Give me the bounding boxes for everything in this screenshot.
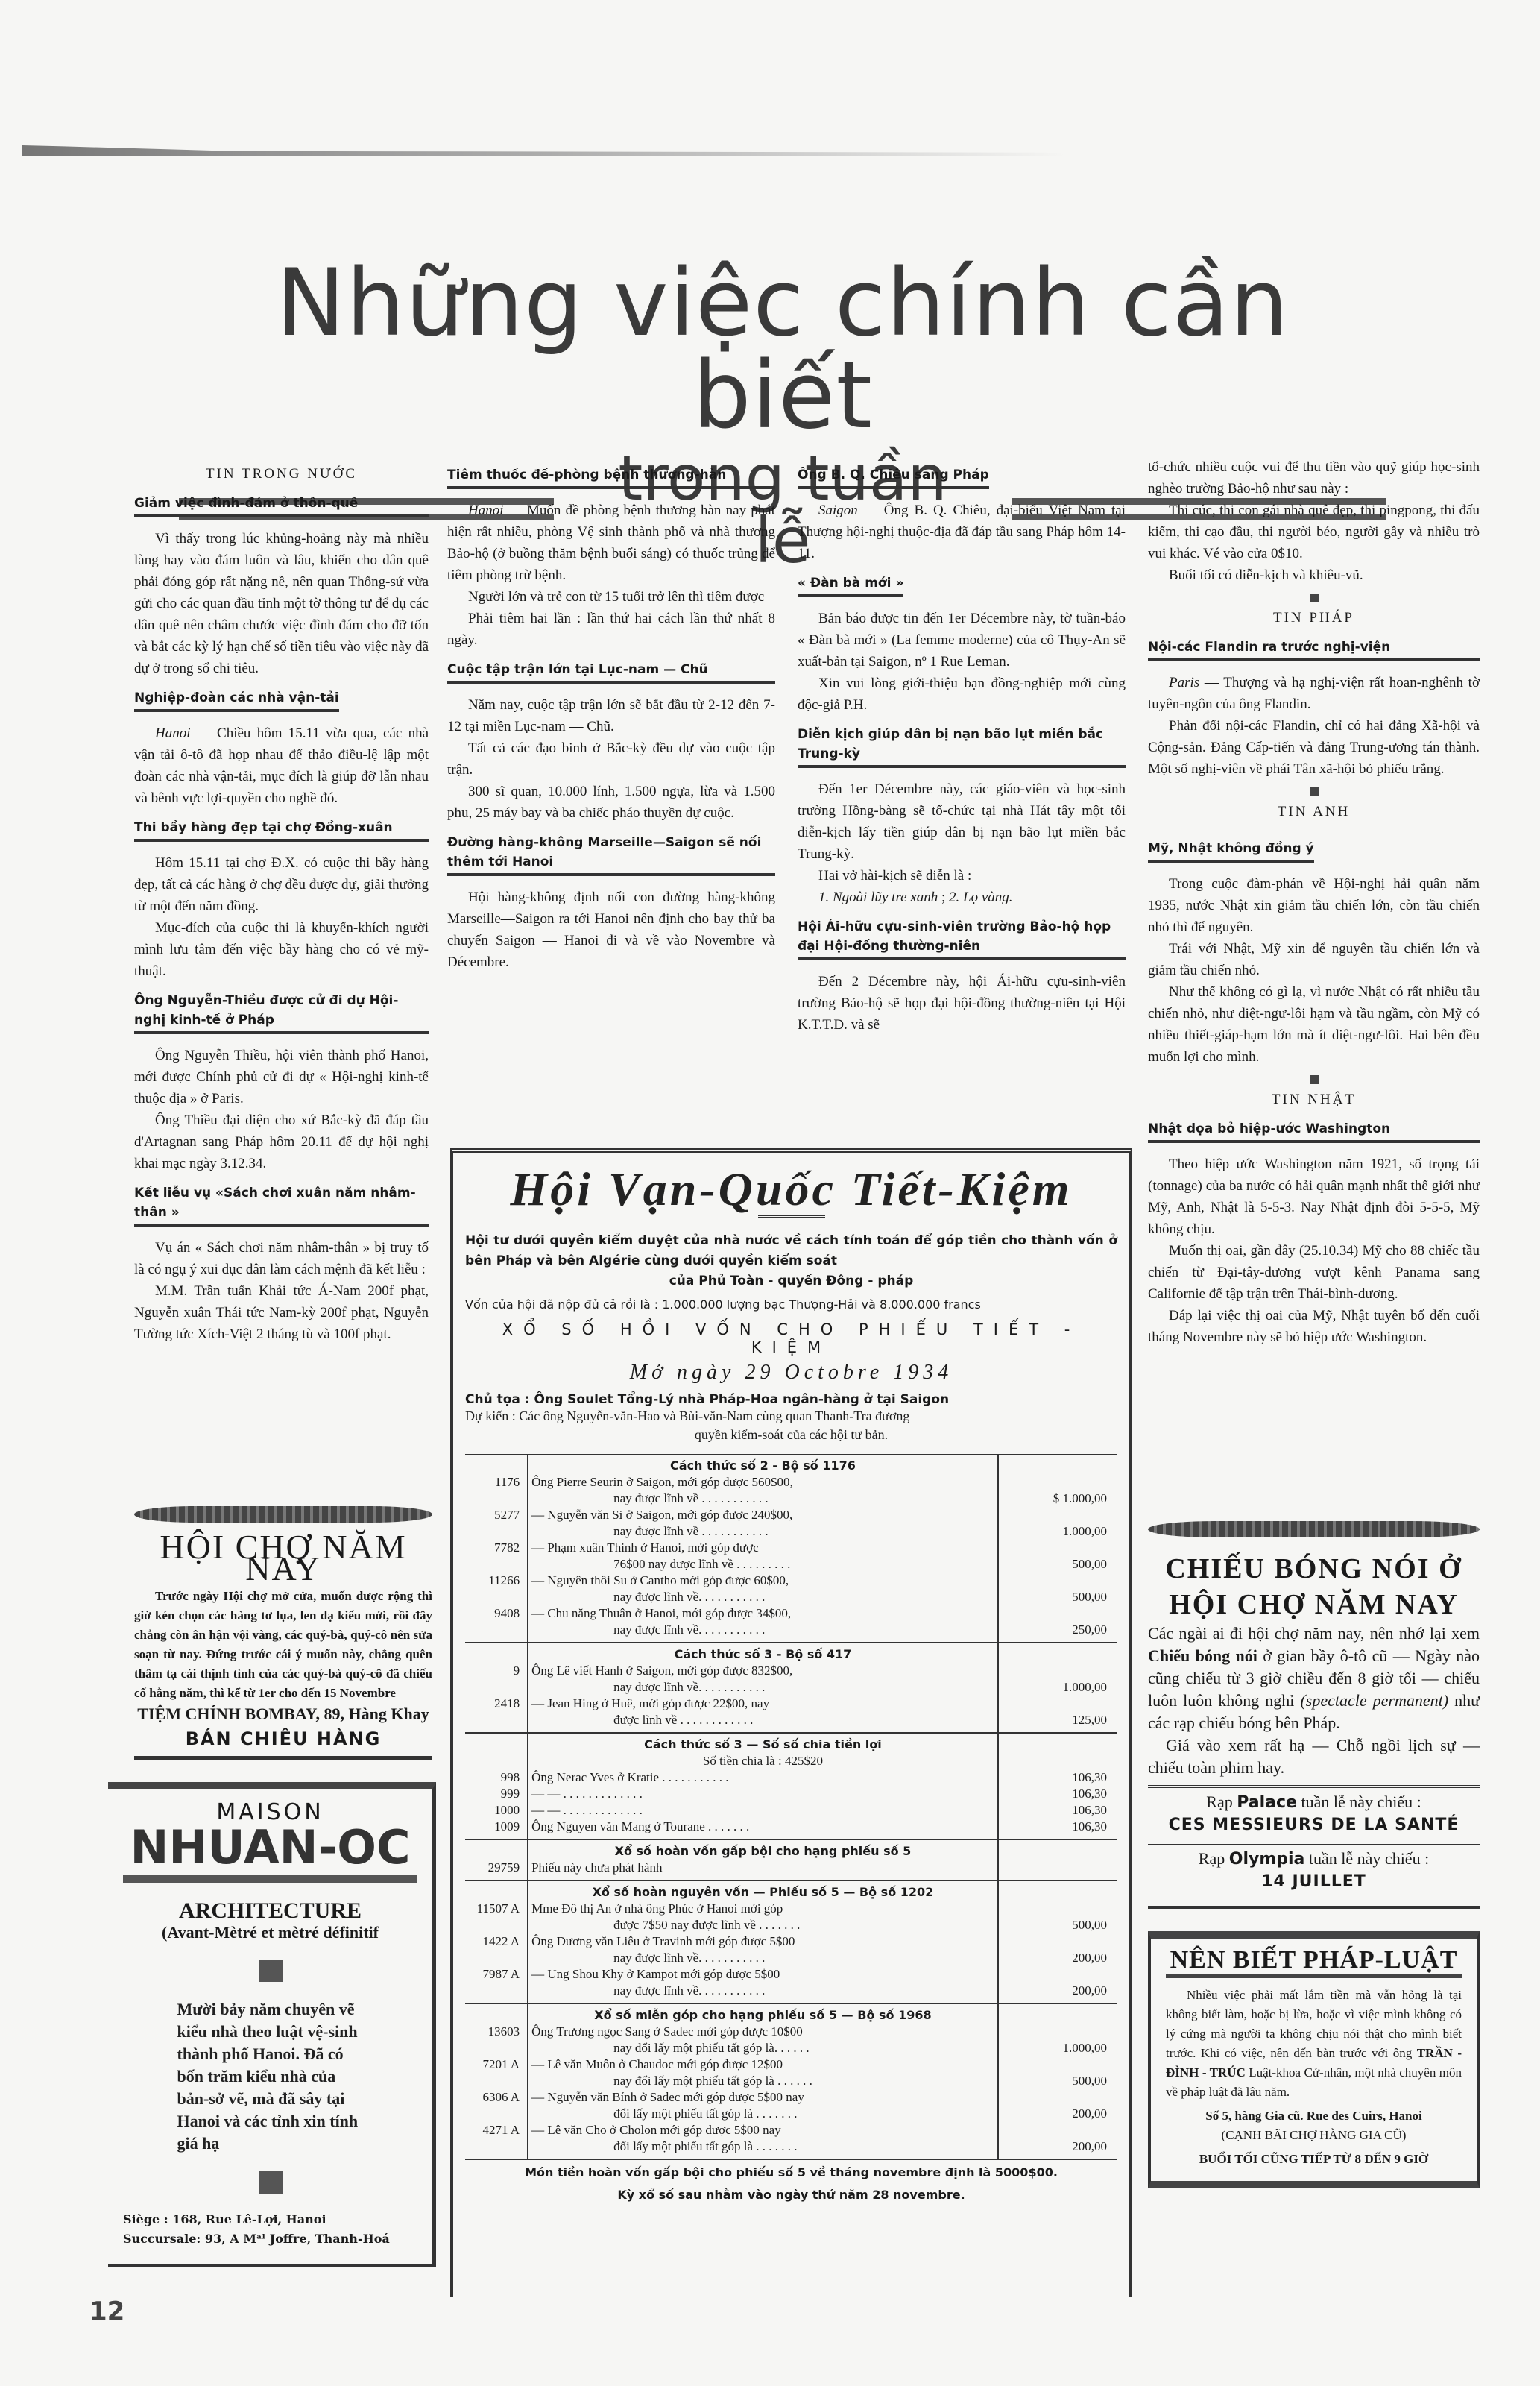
article: Thi bầy hàng đẹp tại chợ Đồng-xuân Hôm 1…: [134, 818, 429, 982]
paragraph: Thi cúc, thi con gái nhà quê đẹp, thi pi…: [1148, 500, 1480, 564]
prize-amount: 125,00: [998, 1696, 1117, 1728]
paragraph: Đến 2 Décembre này, hội Ái-hữu cựu-sinh-…: [798, 971, 1126, 1036]
prize-amount: 200,00: [998, 1933, 1117, 1966]
paragraph: Muốn thị oai, gần đây (25.10.34) Mỹ cho …: [1148, 1240, 1480, 1305]
prize-amount: 1.000,00: [998, 2024, 1117, 2056]
ticket-number: 7782: [465, 1540, 528, 1573]
prize-amount: 200,00: [998, 2122, 1117, 2155]
paragraph: Người lớn và trẻ con từ 15 tuổi trở lên …: [447, 586, 775, 608]
ad-shop-name: TIỆM CHÍNH BOMBAY, 89, Hàng Khay: [134, 1703, 432, 1725]
cell: [465, 1839, 528, 1860]
paragraph: Hanoi — Chiều hôm 15.11 vừa qua, các nhà…: [134, 723, 429, 809]
ad-body: Nhiều việc phải mất lắm tiền mà vẫn hỏng…: [1166, 1986, 1462, 2102]
ticket-number: 2418: [465, 1696, 528, 1728]
ad-body: Mười bảy năm chuyên vẽ kiểu nhà theo luậ…: [177, 1998, 364, 2155]
column-news-2: Tiêm thuốc đề-phòng bệnh thương-hàn Hano…: [447, 456, 775, 973]
line: nay được lĩnh về . . . . . . . . . . .: [531, 1523, 994, 1540]
film-title: 14 JUILLET: [1148, 1871, 1480, 1892]
prize-amount: 106,30: [998, 1819, 1117, 1835]
prize-amount: 106,30: [998, 1769, 1117, 1786]
ticket-number: 1009: [465, 1819, 528, 1835]
square-ornament-icon: [259, 1960, 283, 1982]
group-title: Cách thức số 2 - Bộ số 1176: [528, 1453, 998, 1474]
paragraph: Saigon — Ông B. Q. Chiêu, đại-biểu Việt …: [798, 500, 1126, 564]
prize-amount: 500,00: [998, 1901, 1117, 1933]
line: nay được lĩnh về. . . . . . . . . . .: [531, 1983, 994, 1999]
paragraph: Xin vui lòng giới-thiệu bạn đồng-nghiệp …: [798, 673, 1126, 716]
ad-branch-office: Succursale: 93, A Mᵃˡ Joffre, Thanh-Hoá: [123, 2229, 417, 2249]
cell: [465, 1753, 528, 1769]
ticket-number: 5277: [465, 1507, 528, 1540]
table-row: 13603Ông Trương ngọc Sang ở Sadec mới gó…: [465, 2024, 1117, 2056]
headline: Kết liễu vụ «Sách chơi xuân năm nhâm-thâ…: [134, 1183, 429, 1227]
winner-description: Ông Dương văn Liêu ở Travinh mới góp đượ…: [528, 1933, 998, 1966]
line: đổi lấy một phiếu tất góp là . . . . . .…: [531, 2106, 994, 2122]
table-group-subheader: Số tiền chia là : 425$20: [465, 1753, 1117, 1769]
paragraph: Theo hiệp ước Washington năm 1921, số tr…: [1148, 1153, 1480, 1240]
text-bold: Chiếu bóng nói: [1148, 1646, 1257, 1665]
paragraph: Bản báo được tin đến 1er Décembre này, t…: [798, 608, 1126, 673]
headline: Nội-các Flandin ra trước nghị-viện: [1148, 638, 1480, 661]
table-group-header: Cách thức số 3 — Số số chia tiền lợi: [465, 1733, 1117, 1753]
decorative-wave-rule: [134, 1506, 432, 1523]
paragraph: Giá vào xem rất hạ — Chỗ ngồi lịch sự — …: [1148, 1734, 1480, 1779]
ticket-number: 1422 A: [465, 1933, 528, 1966]
paragraph: Hôm 15.11 tại chợ Đ.X. có cuộc thi bầy h…: [134, 852, 429, 917]
table-row: 7987 A— Ung Shou Khy ở Kampot mới góp đư…: [465, 1966, 1117, 1999]
ad-body: Các ngài ai đi hội chợ năm nay, nên nhớ …: [1148, 1622, 1480, 1779]
headline: Ông Nguyễn-Thiều được cử đi dự Hội-nghị …: [134, 991, 429, 1034]
table-row: 29759Phiếu này chưa phát hành: [465, 1860, 1117, 1876]
line: — Phạm xuân Thinh ở Hanoi, mới góp được: [531, 1540, 994, 1556]
table-group-header: Xổ số miễn góp cho hạng phiếu số 5 — Bộ …: [465, 2003, 1117, 2024]
prize-amount: [998, 1860, 1117, 1876]
ticket-number: 11507 A: [465, 1901, 528, 1933]
table-row: 1176Ông Pierre Seurin ở Saigon, mới góp …: [465, 1474, 1117, 1507]
winner-description: Ông Nerac Yves ở Kratie . . . . . . . . …: [528, 1769, 998, 1786]
table-group-header: Cách thức số 3 - Bộ số 417: [465, 1643, 1117, 1663]
ticket-number: 1176: [465, 1474, 528, 1507]
ad-service-detail: (Avant-Mètré et mètré définitif: [123, 1921, 417, 1943]
scan-artifact: [22, 145, 1066, 156]
table-row: 2418— Jean Hing ở Huê, mới góp được 22$0…: [465, 1696, 1117, 1728]
paragraph: 1. Ngoài lũy tre xanh ; 2. Lọ vàng.: [798, 887, 1126, 908]
winner-description: — Jean Hing ở Huê, mới góp được 22$00, n…: [528, 1696, 998, 1728]
prize-amount: 500,00: [998, 1540, 1117, 1573]
ticket-number: 9408: [465, 1605, 528, 1638]
headline: Cuộc tập trận lớn tại Lục-nam — Chũ: [447, 660, 775, 684]
table-row: 7782— Phạm xuân Thinh ở Hanoi, mới góp đ…: [465, 1540, 1117, 1573]
line: Ông Trương ngọc Sang ở Sadec mới góp đượ…: [531, 2024, 994, 2040]
winner-description: — — . . . . . . . . . . . . .: [528, 1786, 998, 1802]
paragraph-continued: tổ-chức nhiều cuộc vui để thu tiền vào q…: [1148, 456, 1480, 500]
article: Hội Ái-hữu cựu-sinh-viên trường Bảo-hộ h…: [798, 917, 1126, 1036]
line: Mme Đô thị An ở nhà ông Phúc ở Hanoi mới…: [531, 1901, 994, 1917]
article: Giảm việc đình-đám ở thôn-quê Vì thấy tr…: [134, 494, 429, 679]
film-title: CES MESSIEURS DE LA SANTÉ: [1148, 1814, 1480, 1836]
cell: [465, 2003, 528, 2024]
text: tuần lễ này chiếu :: [1301, 1792, 1421, 1811]
article: Cuộc tập trận lớn tại Lục-nam — Chũ Năm …: [447, 660, 775, 824]
line: nay đổi lấy một phiếu tất góp là . . . .…: [531, 2073, 994, 2089]
group-title: Xổ số hoàn vốn gấp bội cho hạng phiếu số…: [528, 1839, 998, 1860]
cell: [998, 1733, 1117, 1753]
square-ornament-icon: [259, 2171, 283, 2194]
line: nay được lĩnh về. . . . . . . . . . .: [531, 1950, 994, 1966]
line: được 7$50 nay được lĩnh về . . . . . . .: [531, 1917, 994, 1933]
paragraph: Như thế không có gì lạ, vì nước Nhật có …: [1148, 981, 1480, 1068]
paragraph: Các ngài ai đi hội chợ năm nay, nên nhớ …: [1148, 1622, 1480, 1734]
ad-law-services: NÊN BIẾT PHÁP-LUẬT Nhiều việc phải mất l…: [1148, 1931, 1480, 2188]
paragraph: Buổi tối có diễn-kịch và khiêu-vũ.: [1148, 564, 1480, 586]
divider: [1148, 1842, 1480, 1845]
cell: [998, 1453, 1117, 1474]
table-row: 5277— Nguyễn văn Si ở Saigon, mới góp đư…: [465, 1507, 1117, 1540]
table-row: 6306 A— Nguyễn văn Bính ở Sadec mới góp …: [465, 2089, 1117, 2122]
paragraph: Hội hàng-không định nối con đường hàng-k…: [447, 887, 775, 973]
line: Ông Dương văn Liêu ở Travinh mới góp đượ…: [531, 1933, 994, 1950]
winner-description: — Nguyễn văn Si ở Saigon, mới góp được 2…: [528, 1507, 998, 1540]
play-title: 2. Lọ vàng.: [949, 890, 1013, 905]
square-ornament-icon: [1310, 787, 1319, 796]
table-row: 1422 AÔng Dương văn Liêu ở Travinh mới g…: [465, 1933, 1117, 1966]
prize-amount: 106,30: [998, 1786, 1117, 1802]
ad-bombay-fair: HỘI CHỢ NĂM NAY Trước ngày Hội chợ mở cử…: [134, 1506, 432, 1760]
headline: « Đàn bà mới »: [798, 573, 903, 597]
draw-results-table: Cách thức số 2 - Bộ số 11761176Ông Pierr…: [465, 1452, 1117, 2160]
winner-description: Ông Nguyen văn Mang ở Tourane . . . . . …: [528, 1819, 998, 1835]
table-row: 11266— Nguyên thôi Su ở Cantho mới góp đ…: [465, 1573, 1117, 1605]
group-title: Cách thức số 3 — Số số chia tiền lợi: [528, 1733, 998, 1753]
group-title: Xổ số hoàn nguyên vốn — Phiếu số 5 — Bộ …: [528, 1880, 998, 1901]
article: Nghiệp-đoàn các nhà vận-tải Hanoi — Chiề…: [134, 679, 429, 809]
draw-chair: Chủ tọa : Ông Soulet Tổng-Lý nhà Pháp-Ho…: [465, 1392, 1117, 1407]
table-group-header: Xổ số hoàn vốn gấp bội cho hạng phiếu số…: [465, 1839, 1117, 1860]
column-domestic-news: TIN TRONG NƯỚC Giảm việc đình-đám ở thôn…: [134, 459, 429, 1345]
ad-title: NÊN BIẾT PHÁP-LUẬT: [1166, 1949, 1462, 1978]
cinema-name: Olympia: [1229, 1850, 1305, 1869]
table-row: 999— — . . . . . . . . . . . . .106,30: [465, 1786, 1117, 1802]
winner-description: Phiếu này chưa phát hành: [528, 1860, 998, 1876]
cell: [998, 2003, 1117, 2024]
section-label: TIN TRONG NƯỚC: [134, 463, 429, 485]
text: Rạp: [1199, 1849, 1225, 1868]
article: Ông B. Q. Chiêu sang Pháp Saigon — Ông B…: [798, 456, 1126, 564]
ticket-number: 6306 A: [465, 2089, 528, 2122]
cell: [465, 1733, 528, 1753]
headline: Nhật dọa bỏ hiệp-ước Washington: [1148, 1119, 1480, 1143]
page-number: 12: [89, 2297, 124, 2326]
decorative-wave-rule: [1148, 1521, 1480, 1537]
cell: [998, 1753, 1117, 1769]
headline: Giảm việc đình-đám ở thôn-quê: [134, 494, 429, 517]
prize-amount: $ 1.000,00: [998, 1474, 1117, 1507]
ad-savings-society: Hội Vạn-Quốc Tiết-Kiệm Hội tư dưới quyền…: [450, 1148, 1132, 2297]
draw-title: XỔ SỐ HỒI VỐN CHO PHIẾU TIẾT - KIỆM: [465, 1321, 1117, 1356]
line: nay được lĩnh về . . . . . . . . . . .: [531, 1491, 994, 1507]
group-title: Xổ số miễn góp cho hạng phiếu số 5 — Bộ …: [528, 2003, 998, 2024]
ad-body: Trước ngày Hội chợ mở cửa, muốn được rộn…: [134, 1587, 432, 1703]
draw-date: Mở ngày 29 Octobre 1934: [465, 1361, 1117, 1385]
section-label: TIN PHÁP: [1148, 607, 1480, 629]
winner-description: Ông Trương ngọc Sang ở Sadec mới góp đượ…: [528, 2024, 998, 2056]
cell: [465, 1453, 528, 1474]
headline: Mỹ, Nhật không đồng ý: [1148, 839, 1314, 863]
line: được lĩnh về . . . . . . . . . . . .: [531, 1712, 994, 1728]
winner-description: — Nguyên thôi Su ở Cantho mới góp được 6…: [528, 1573, 998, 1605]
paragraph: Năm nay, cuộc tập trận lớn sẽ bắt đầu từ…: [447, 694, 775, 737]
divider: [134, 1756, 432, 1760]
line: nay được lĩnh về. . . . . . . . . . .: [531, 1589, 994, 1605]
ad-capital: Vốn của hội đã nộp đủ cả rồi là : 1.000.…: [465, 1297, 1117, 1312]
table-row: 998Ông Nerac Yves ở Kratie . . . . . . .…: [465, 1769, 1117, 1786]
paragraph: Hai vở hài-kịch sẽ diễn là :: [798, 865, 1126, 887]
prize-amount: 500,00: [998, 1573, 1117, 1605]
headline: Hội Ái-hữu cựu-sinh-viên trường Bảo-hộ h…: [798, 917, 1126, 960]
paragraph: Ông Thiều đại diện cho xứ Bắc-kỳ đã đáp …: [134, 1109, 429, 1174]
paragraph: Đến 1er Décembre này, các giáo-viên và h…: [798, 778, 1126, 865]
table-row: 4271 A— Lê văn Cho ở Cholon mới góp được…: [465, 2122, 1117, 2155]
cell: [465, 1643, 528, 1663]
draw-attendees: Dự kiến : Các ông Nguyễn-văn-Hao và Bùi-…: [465, 1407, 1117, 1426]
line: nay được lĩnh về. . . . . . . . . . .: [531, 1622, 994, 1638]
paragraph: Ông Nguyễn Thiều, hội viên thành phố Han…: [134, 1045, 429, 1109]
line: — Nguyên thôi Su ở Cantho mới góp được 6…: [531, 1573, 994, 1589]
ad-title: HỘI CHỢ NĂM NAY: [134, 1536, 432, 1579]
line: — Chu năng Thuân ở Hanoi, mới góp được 3…: [531, 1605, 994, 1622]
dateline: Hanoi: [468, 503, 504, 518]
ad-frame: MAISON NHUAN-OC ARCHITECTURE (Avant-Mètr…: [108, 1782, 436, 2267]
headline: Diễn kịch giúp dân bị nạn bão lụt miền b…: [798, 725, 1126, 768]
cell: [998, 1839, 1117, 1860]
section-label: TIN ANH: [1148, 801, 1480, 822]
table-row: 1000— — . . . . . . . . . . . . .106,30: [465, 1802, 1117, 1819]
table-group-header: Xổ số hoàn nguyên vốn — Phiếu số 5 — Bộ …: [465, 1880, 1117, 1901]
text: Rạp: [1206, 1792, 1232, 1811]
paragraph: Vụ án « Sách chơi năm nhâm-thân » bị tru…: [134, 1237, 429, 1280]
line: — Lê văn Muôn ở Chaudoc mới góp được 12$…: [531, 2056, 994, 2073]
ad-address-note: (CẠNH BÃI CHỢ HÀNG GIA CŨ): [1166, 2126, 1462, 2145]
group-title: Cách thức số 3 - Bộ số 417: [528, 1643, 998, 1663]
text: tuần lễ này chiếu :: [1309, 1849, 1429, 1868]
ticket-number: 4271 A: [465, 2122, 528, 2155]
winner-description: Mme Đô thị An ở nhà ông Phúc ở Hanoi mới…: [528, 1901, 998, 1933]
cinema-palace-line: Rạp Palace tuần lễ này chiếu :: [1148, 1791, 1480, 1814]
winner-description: — Ung Shou Khy ở Kampot mới góp được 5$0…: [528, 1966, 998, 1999]
winner-description: — Phạm xuân Thinh ở Hanoi, mới góp được7…: [528, 1540, 998, 1573]
paragraph: Phải tiêm hai lần : lần thứ hai cách lần…: [447, 608, 775, 651]
column-foreign-news: tổ-chức nhiều cuộc vui để thu tiền vào q…: [1148, 456, 1480, 1348]
headline: Thi bầy hàng đẹp tại chợ Đồng-xuân: [134, 818, 429, 842]
cell: [465, 1880, 528, 1901]
article: Tiêm thuốc đề-phòng bệnh thương-hàn Hano…: [447, 465, 775, 651]
divider: [1148, 1906, 1480, 1909]
line: 76$00 nay được lĩnh về . . . . . . . . .: [531, 1556, 994, 1573]
winner-description: — Lê văn Muôn ở Chaudoc mới góp được 12$…: [528, 2056, 998, 2089]
cell: [998, 1643, 1117, 1663]
line: — Jean Hing ở Huê, mới góp được 22$00, n…: [531, 1696, 994, 1712]
section-label: TIN NHẬT: [1148, 1089, 1480, 1110]
ad-address: Số 5, hàng Gia cũ. Rue des Cuirs, Hanoi: [1166, 2106, 1462, 2126]
paragraph: Mục-đích của cuộc thi là khuyến-khích ng…: [134, 917, 429, 982]
cinema-name: Palace: [1237, 1793, 1297, 1812]
prize-amount: 1.000,00: [998, 1507, 1117, 1540]
ad-nhuan-oc-architecture: MAISON NHUAN-OC ARCHITECTURE (Avant-Mètr…: [108, 1782, 436, 2267]
line: — Lê văn Cho ở Cholon mới góp được 5$00 …: [531, 2122, 994, 2138]
prize-amount: 106,30: [998, 1802, 1117, 1819]
paragraph: Đáp lại việc thị oai của Mỹ, Nhật tuyên …: [1148, 1305, 1480, 1348]
ticket-number: 1000: [465, 1802, 528, 1819]
draw-attendees-cont: quyền kiểm-soát của các hội tư bản.: [465, 1426, 1117, 1444]
paragraph: Vì thấy trong lúc khủng-hoảng này mà nhi…: [134, 528, 429, 679]
prize-amount: 250,00: [998, 1605, 1117, 1638]
dateline: Paris: [1169, 675, 1199, 690]
line: đổi lấy một phiếu tất góp là . . . . . .…: [531, 2138, 994, 2155]
ad-intro: Hội tư dưới quyền kiểm duyệt của nhà nướ…: [465, 1231, 1117, 1271]
prize-amount: 200,00: [998, 2089, 1117, 2122]
ad-head-office: Siège : 168, Rue Lê-Lợi, Hanoi: [123, 2210, 417, 2229]
ad-sale-banner: BÁN CHIÊU HÀNG: [134, 1728, 432, 1750]
table-row: 9408— Chu năng Thuân ở Hanoi, mới góp đư…: [465, 1605, 1117, 1638]
dateline: Saigon: [818, 503, 858, 518]
text-italic: (spectacle permanent): [1300, 1691, 1448, 1710]
text: Các ngài ai đi hội chợ năm nay, nên nhớ …: [1148, 1624, 1480, 1643]
line: Ông Nerac Yves ở Kratie . . . . . . . . …: [531, 1769, 994, 1786]
ticket-number: 9: [465, 1663, 528, 1696]
table-row: 9Ông Lê viết Hanh ở Saigon, mới góp được…: [465, 1663, 1117, 1696]
winner-description: Ông Pierre Seurin ở Saigon, mới góp được…: [528, 1474, 998, 1507]
paragraph: Trái với Nhật, Mỹ xin để nguyên tầu chiế…: [1148, 938, 1480, 981]
group-subtitle: Số tiền chia là : 425$20: [528, 1753, 998, 1769]
article: « Đàn bà mới » Bản báo được tin đến 1er …: [798, 564, 1126, 716]
article: Diễn kịch giúp dân bị nạn bão lụt miền b…: [798, 725, 1126, 908]
winner-description: — — . . . . . . . . . . . . .: [528, 1802, 998, 1819]
divider: [1148, 1785, 1480, 1788]
square-ornament-icon: [1310, 594, 1319, 602]
winner-description: Ông Lê viết Hanh ở Saigon, mới góp được …: [528, 1663, 998, 1696]
ad-hours: BUỔI TỐI CŨNG TIẾP TỪ 8 ĐẾN 9 GIỜ: [1166, 2150, 1462, 2169]
ticket-number: 998: [465, 1769, 528, 1786]
ticket-number: 11266: [465, 1573, 528, 1605]
page-title: Những việc chính cần biết: [179, 257, 1386, 442]
decorative-rule: [758, 1215, 825, 1218]
paragraph: 300 sĩ quan, 10.000 lính, 1.500 ngựa, lừ…: [447, 781, 775, 824]
column-news-3: Ông B. Q. Chiêu sang Pháp Saigon — Ông B…: [798, 456, 1126, 1036]
ad-footer-note: Món tiền hoàn vốn gấp bội cho phiếu số 5…: [465, 2163, 1117, 2182]
line: Phiếu này chưa phát hành: [531, 1860, 994, 1876]
ad-footer-note: Kỳ xổ số sau nhằm vào ngày thứ năm 28 no…: [465, 2185, 1117, 2205]
table-row: 1009Ông Nguyen văn Mang ở Tourane . . . …: [465, 1819, 1117, 1835]
paragraph: Paris — Thượng và hạ nghị-viện rất hoan-…: [1148, 672, 1480, 715]
article: Kết liễu vụ «Sách chơi xuân năm nhâm-thâ…: [134, 1183, 429, 1345]
cinema-olympia-line: Rạp Olympia tuần lễ này chiếu :: [1148, 1848, 1480, 1871]
line: nay đổi lấy một phiếu tất góp là. . . . …: [531, 2040, 994, 2056]
line: nay được lĩnh về. . . . . . . . . . .: [531, 1679, 994, 1696]
ad-brand-name: NHUAN-OC: [123, 1823, 417, 1883]
ad-cinema: CHIẾU BÓNG NÓI Ở HỘI CHỢ NĂM NAY Các ngà…: [1148, 1521, 1480, 2188]
ticket-number: 999: [465, 1786, 528, 1802]
prize-amount: 200,00: [998, 1966, 1117, 1999]
ad-intro-authority: của Phủ Toàn - quyền Đông - pháp: [465, 1271, 1117, 1291]
paragraph: Tất cả các đạo binh ở Bắc-kỳ đều dự vào …: [447, 737, 775, 781]
headline: Tiêm thuốc đề-phòng bệnh thương-hàn: [447, 465, 775, 489]
article: Đường hàng-không Marseille—Saigon sẽ nối…: [447, 833, 775, 973]
play-title: 1. Ngoài lũy tre xanh: [818, 890, 938, 905]
square-ornament-icon: [1310, 1075, 1319, 1084]
prize-amount: 1.000,00: [998, 1663, 1117, 1696]
line: — — . . . . . . . . . . . . .: [531, 1786, 994, 1802]
winner-description: — Lê văn Cho ở Cholon mới góp được 5$00 …: [528, 2122, 998, 2155]
ticket-number: 29759: [465, 1860, 528, 1876]
line: Ông Lê viết Hanh ở Saigon, mới góp được …: [531, 1663, 994, 1679]
ticket-number: 7987 A: [465, 1966, 528, 1999]
cell: [998, 1880, 1117, 1901]
table-row: 7201 A— Lê văn Muôn ở Chaudoc mới góp đư…: [465, 2056, 1117, 2089]
ad-service: ARCHITECTURE: [123, 1900, 417, 1921]
line: — Nguyễn văn Bính ở Sadec mới góp được 5…: [531, 2089, 994, 2106]
paragraph: M.M. Trần tuấn Khải tức Á-Nam 200f phạt,…: [134, 1280, 429, 1345]
table-row: 11507 AMme Đô thị An ở nhà ông Phúc ở Ha…: [465, 1901, 1117, 1933]
headline: Nghiệp-đoàn các nhà vận-tải: [134, 688, 339, 712]
ad-title: Hội Vạn-Quốc Tiết-Kiệm: [465, 1163, 1117, 1215]
line: Ông Pierre Seurin ở Saigon, mới góp được…: [531, 1474, 994, 1491]
winner-description: — Nguyễn văn Bính ở Sadec mới góp được 5…: [528, 2089, 998, 2122]
headline: Đường hàng-không Marseille—Saigon sẽ nối…: [447, 833, 775, 876]
ticket-number: 13603: [465, 2024, 528, 2056]
headline: Ông B. Q. Chiêu sang Pháp: [798, 465, 989, 489]
article: Ông Nguyễn-Thiều được cử đi dự Hội-nghị …: [134, 991, 429, 1174]
line: — — . . . . . . . . . . . . .: [531, 1802, 994, 1819]
line: Ông Nguyen văn Mang ở Tourane . . . . . …: [531, 1819, 994, 1835]
table-divider: [465, 2155, 1117, 2159]
paragraph: Phản đối nội-các Flandin, chỉ có hai đản…: [1148, 715, 1480, 780]
line: — Ung Shou Khy ở Kampot mới góp được 5$0…: [531, 1966, 994, 1983]
prize-amount: 500,00: [998, 2056, 1117, 2089]
ticket-number: 7201 A: [465, 2056, 528, 2089]
paragraph: Hanoi — Muốn đề phòng bệnh thương hàn na…: [447, 500, 775, 586]
paragraph: Trong cuộc đàm-phán về Hội-nghị hải quân…: [1148, 873, 1480, 938]
dateline: Hanoi: [155, 725, 191, 741]
winner-description: — Chu năng Thuân ở Hanoi, mới góp được 3…: [528, 1605, 998, 1638]
ad-title: CHIẾU BÓNG NÓI Ở HỘI CHỢ NĂM NAY: [1148, 1551, 1480, 1622]
table-group-header: Cách thức số 2 - Bộ số 1176: [465, 1453, 1117, 1474]
line: — Nguyễn văn Si ở Saigon, mới góp được 2…: [531, 1507, 994, 1523]
